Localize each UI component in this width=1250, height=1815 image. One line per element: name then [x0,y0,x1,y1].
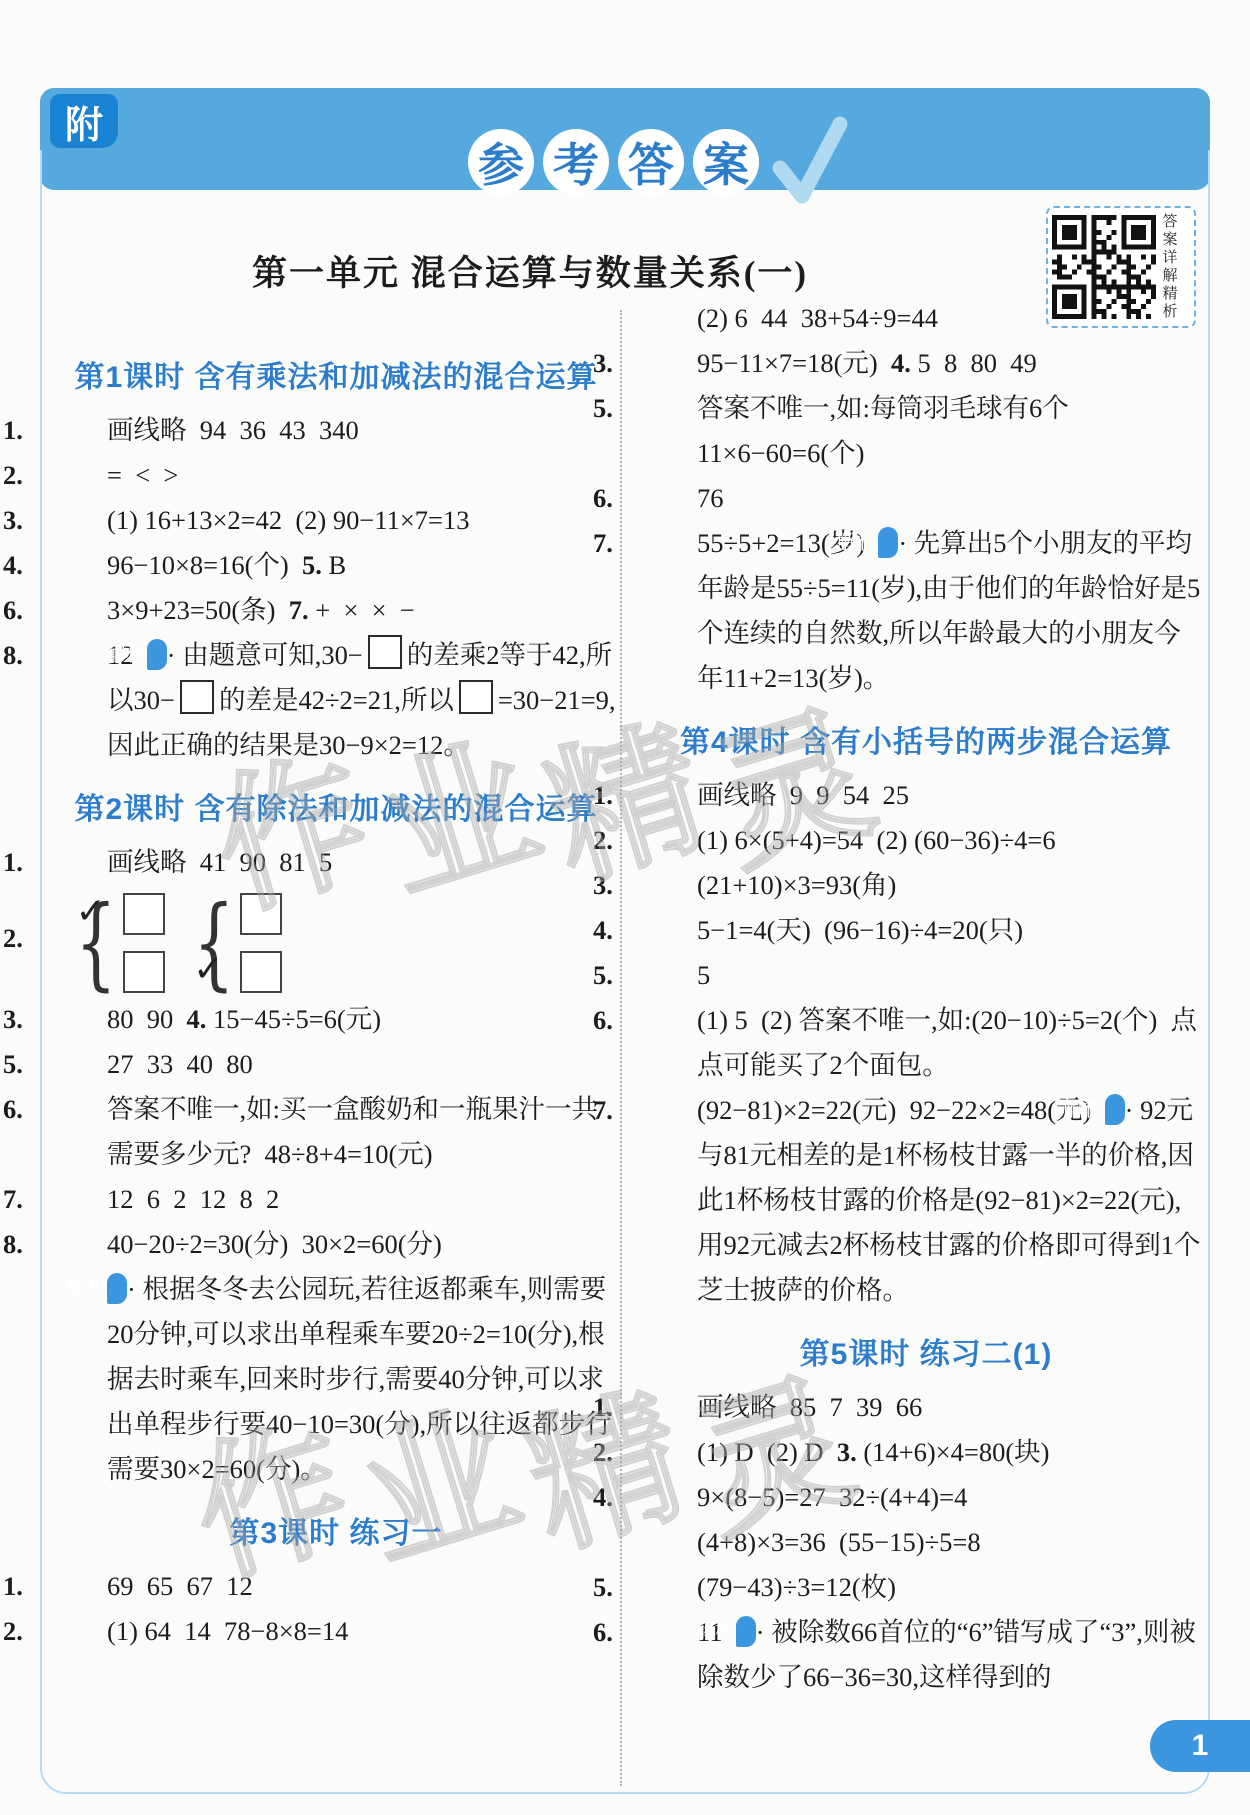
answer-item: 7.55÷5+2=13(岁) 解析· 先算出5个小朋友的平均年龄是55÷5=11… [645,521,1207,701]
answer-item: 4.96−10×8=16(个) 5. B [55,543,617,588]
jiexi-badge: 解析 [878,527,898,558]
jiexi-badge: 解析 [147,639,167,670]
item-number: 1. [55,408,107,453]
answer-item: 3.80 90 4. 15−45÷5=6(元) [55,997,617,1042]
item-number: 3. [55,997,107,1042]
answer-item: 1.69 65 67 12 [55,1564,617,1609]
item-number: 3. [55,498,107,543]
answer-item: 2.(1) 6×(5+4)=54 (2) (60−36)÷4=6 [645,818,1207,863]
answer-item: 7.(92−81)×2=22(元) 92−22×2=48(元) 解析· 92元与… [645,1088,1207,1313]
item-number: 7. [645,1088,697,1133]
answer-item: 1.画线略 9 9 54 25 [645,773,1207,818]
checkbox-group: { [225,893,283,993]
answer-item: 3.95−11×7=18(元) 4. 5 8 80 49 [645,341,1207,386]
item-number: 7. [645,521,697,566]
item-number: 8. [55,1222,107,1267]
item-number: 4. [645,1475,697,1520]
answer-item: 4.9×(8−5)=27 32÷(4+4)=4(4+8)×3=36 (55−15… [645,1475,1207,1565]
answer-item: 6.(1) 5 (2) 答案不唯一,如:(20−10)÷5=2(个) 点点可能买… [645,998,1207,1088]
answer-item: 5.(79−43)÷3=12(枚) [645,1565,1207,1610]
item-number: 4. [55,543,107,588]
item-number: 2. [55,453,107,498]
item-number: 6. [55,588,107,633]
item-number: 6. [645,1610,697,1655]
item-number: 6. [645,998,697,1043]
item-number: 8. [55,633,107,678]
answer-item: 2.(1) 64 14 78−8×8=14 [55,1609,617,1654]
item-number: 1. [55,1564,107,1609]
answer-item: 8.40−20÷2=30(分) 30×2=60(分)解析· 根据冬冬去公园玩,若… [55,1222,617,1492]
item-number: 5. [55,1042,107,1087]
jiexi-badge: 解析 [736,1616,756,1647]
answer-item: 2.= < > [55,453,617,498]
answer-item: 6.答案不唯一,如:买一盒酸奶和一瓶果汁一共需要多少元? 48÷8+4=10(元… [55,1087,617,1177]
jiexi-badge: 解析 [1105,1094,1125,1125]
answer-item: 2.(1) D (2) D 3. (14+6)×4=80(块) [645,1430,1207,1475]
checkbox-diagram: {{ [107,893,282,993]
answer-item: 1.画线略 41 90 81 5 [55,840,617,885]
lesson-header: 第3课时 练习一 [55,1508,617,1552]
answer-item: 3.(21+10)×3=93(角) [645,863,1207,908]
jiexi-badge: 解析 [107,1273,127,1304]
answer-item: 8.12 解析· 由题意可知,30−的差乘2等于42,所以30−的差是42÷2=… [55,633,617,768]
item-number: 1. [645,1385,697,1430]
answer-item: 1.画线略 85 7 39 66 [645,1385,1207,1430]
checked-box [123,893,165,935]
answer-item: 5.27 33 40 80 [55,1042,617,1087]
item-number: 1. [645,773,697,818]
lesson-header: 第2课时 含有除法和加减法的混合运算 [55,784,617,828]
answer-item: 1.画线略 94 36 43 340 [55,408,617,453]
item-number: 5. [645,1565,697,1610]
item-number: 1. [55,840,107,885]
checkbox-group: { [107,893,165,993]
answer-item: 6.11 解析· 被除数66首位的“6”错写成了“3”,则被除数少了66−36=… [645,1610,1207,1700]
page-number: 1 [1150,1720,1250,1772]
item-number: 2. [55,1609,107,1654]
lesson-header: 第1课时 含有乘法和加减法的混合运算 [55,352,617,396]
chapter-title: 第一单元 混合运算与数量关系(一) [150,246,910,296]
item-number: 2. [645,818,697,863]
item-number: 5. [645,386,697,431]
empty-box [123,951,165,993]
column-divider [620,310,622,1786]
item-number: 6. [645,476,697,521]
answer-item: 5.5 [645,953,1207,998]
answer-item: 3.(1) 16+13×2=42 (2) 90−11×7=13 [55,498,617,543]
answer-item: 7.12 6 2 12 8 2 [55,1177,617,1222]
answer-item: 2.{{ [55,885,617,997]
item-number: 7. [55,1177,107,1222]
blank-box [459,680,493,714]
blank-box [180,680,214,714]
item-number: 5. [645,953,697,998]
item-number: 2. [645,1430,697,1475]
brace-icon: { [109,893,117,993]
empty-box [240,893,282,935]
item-number: 3. [645,341,697,386]
item-number: 3. [645,863,697,908]
checked-box [240,951,282,993]
answer-item: 6.76 [645,476,1207,521]
answer-item: 5.答案不唯一,如:每筒羽毛球有6个11×6−60=6(个) [645,386,1207,476]
answer-item: (2) 6 44 38+54÷9=44 [645,296,1207,341]
blank-box [368,635,402,669]
item-number: 6. [55,1087,107,1132]
left-column: 第1课时 含有乘法和加减法的混合运算1.画线略 94 36 43 3402.= … [55,336,617,1654]
lesson-header: 第4课时 含有小括号的两步混合运算 [645,717,1207,761]
answer-item: 4.5−1=4(天) (96−16)÷4=20(只) [645,908,1207,953]
right-column: (2) 6 44 38+54÷9=443.95−11×7=18(元) 4. 5 … [645,296,1207,1700]
appendix-tab: 附 [50,94,118,148]
brace-icon: { [227,893,235,993]
item-number: 4. [645,908,697,953]
answer-item: 6.3×9+23=50(条) 7. + × × − [55,588,617,633]
lesson-header: 第5课时 练习二(1) [645,1329,1207,1373]
